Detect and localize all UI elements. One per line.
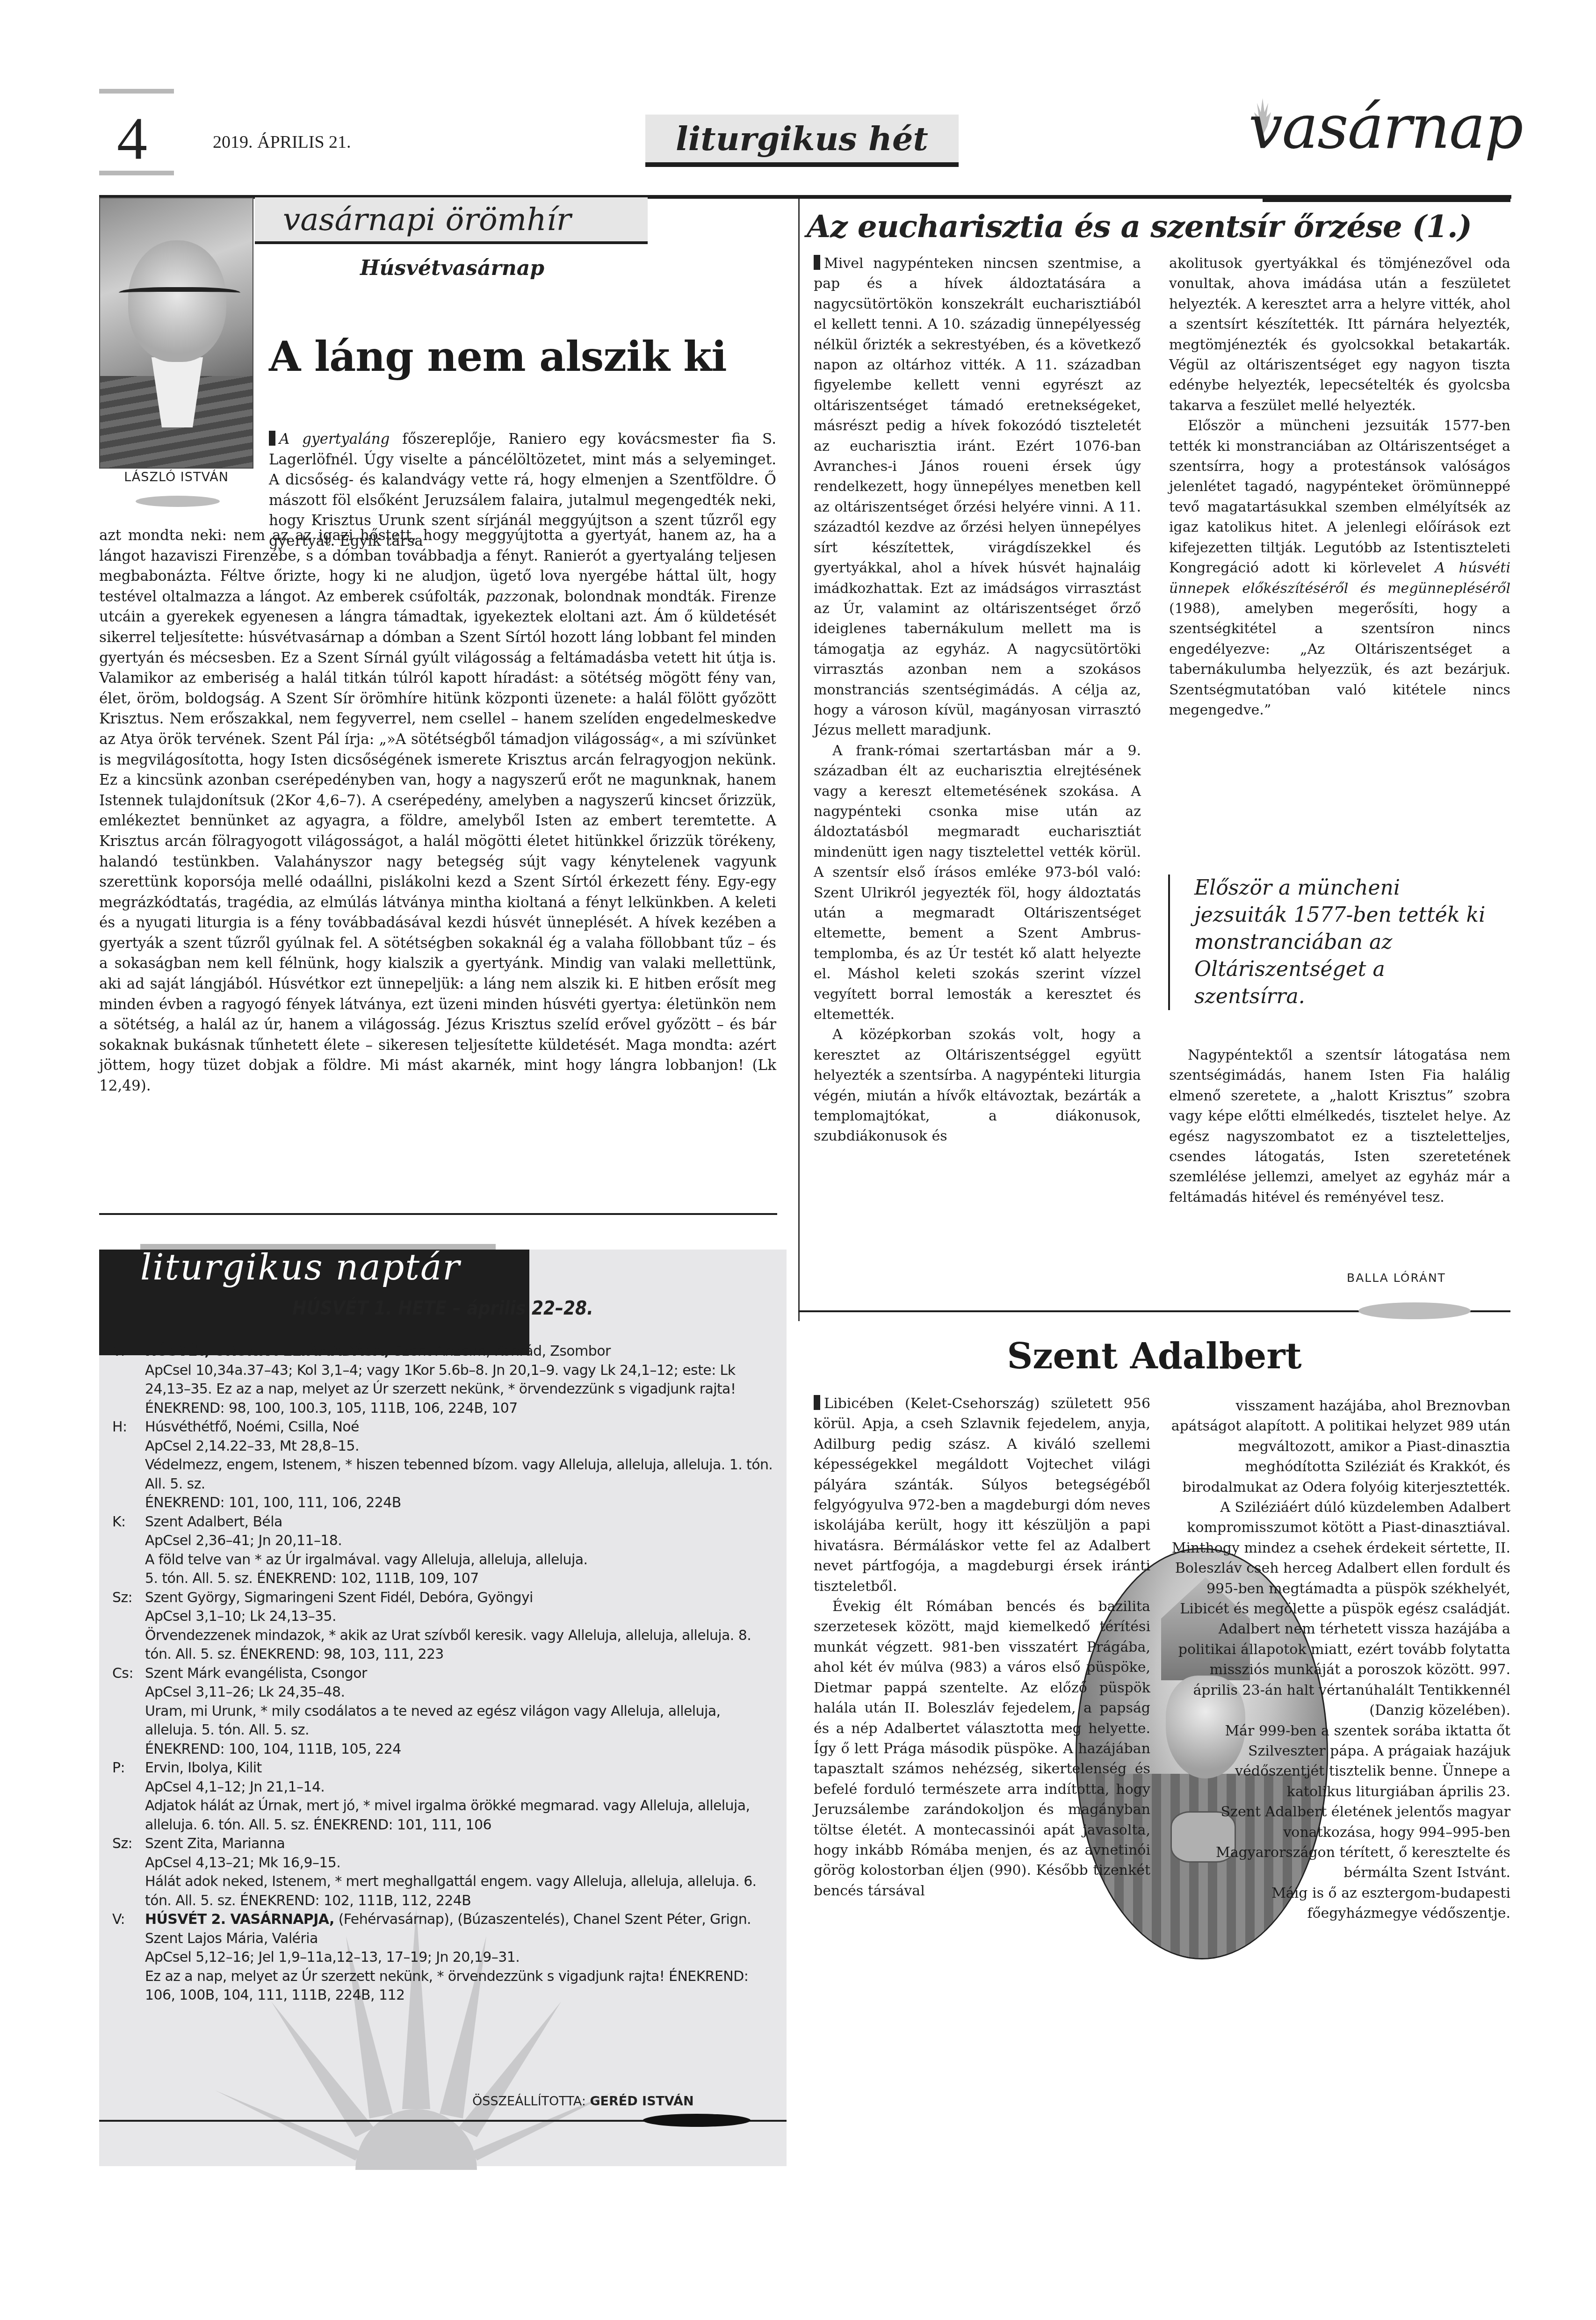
- page-number: 4: [117, 108, 147, 169]
- article1-title: A láng nem alszik ki: [269, 332, 727, 381]
- author-oval-ornament: [136, 496, 220, 507]
- calendar-entry: H:Húsvéthétfő, Noémi, Csilla, NoéApCsel …: [112, 1418, 776, 1513]
- author-photo: [99, 197, 253, 469]
- article3-column1: Libicében (Kelet-Csehország) született 9…: [814, 1394, 1150, 1901]
- article2-title: Az eucharisztia és a szentsír őrzése (1.…: [807, 208, 1472, 245]
- calendar-entry: V:HÚSVÉT, URUNK FELTÁMADÁSA, Szent Anzel…: [112, 1342, 776, 1418]
- article2-author: BALLA LÓRÁNT: [1347, 1271, 1446, 1285]
- page-number-bar-top: [99, 89, 174, 94]
- calendar-oval-ornament: [643, 2114, 751, 2127]
- calendar-entry: P:Ervin, Ibolya, KilitApCsel 4,1–12; Jn …: [112, 1759, 776, 1835]
- paragraph-marker: [814, 1395, 820, 1410]
- article2-column2: akolitusok gyertyákkal és tömjénezővel o…: [1169, 253, 1510, 720]
- page-number-bar-bottom: [99, 171, 174, 175]
- publication-logo: vasárnap: [1249, 91, 1523, 162]
- article1-subtitle: Húsvétvasárnap: [360, 256, 544, 280]
- article3-title: Szent Adalbert: [798, 1335, 1510, 1377]
- calendar-entry: Cs:Szent Márk evangélista, CsongorApCsel…: [112, 1664, 776, 1759]
- issue-date: 2019. ÁPRILIS 21.: [213, 132, 351, 152]
- article2-oval-ornament: [1358, 1302, 1471, 1319]
- calendar-credit: ÖSSZEÁLLÍTOTTA: GERÉD ISTVÁN: [472, 2094, 694, 2109]
- column-divider: [798, 199, 800, 1321]
- calendar-entry: V:HÚSVÉT 2. VASÁRNAPJA, (Fehérvasárnap),…: [112, 1910, 776, 2005]
- section-label: liturgikus hét: [645, 115, 959, 167]
- article2-column2-end: Nagypéntektől a szentsír látogatása nem …: [1169, 1045, 1510, 1207]
- article1-author: LÁSZLÓ ISTVÁN: [99, 470, 253, 484]
- article1-body: azt mondta neki: nem az az igazi hőstett…: [99, 526, 776, 1097]
- article1-end-rule: [99, 1213, 777, 1215]
- paragraph-marker: [814, 255, 820, 270]
- calendar-week: HÚSVÉT 1. HETE – április 22–28.: [99, 1298, 787, 1319]
- calendar-entry: Sz:Szent György, Sigmaringeni Szent Fidé…: [112, 1589, 776, 1664]
- article2-column1: Mivel nagypénteken nincsen szentmise, a …: [814, 253, 1141, 1147]
- article1-kicker: vasárnapi örömhír: [255, 197, 648, 244]
- paragraph-marker: [269, 431, 275, 446]
- pull-quote: Először a müncheni jezsuiták 1577-ben te…: [1168, 875, 1495, 1010]
- calendar-entry: Sz:Szent Zita, MariannaApCsel 4,13–21; M…: [112, 1835, 776, 1910]
- calendar-title: liturgikus naptár: [140, 1246, 461, 1288]
- calendar-list: V:HÚSVÉT, URUNK FELTÁMADÁSA, Szent Anzel…: [112, 1342, 776, 2005]
- calendar-entry: K:Szent Adalbert, BélaApCsel 2,36–41; Jn…: [112, 1513, 776, 1589]
- article3-column2: visszament hazájába, ahol Breznovban apá…: [1169, 1396, 1510, 1924]
